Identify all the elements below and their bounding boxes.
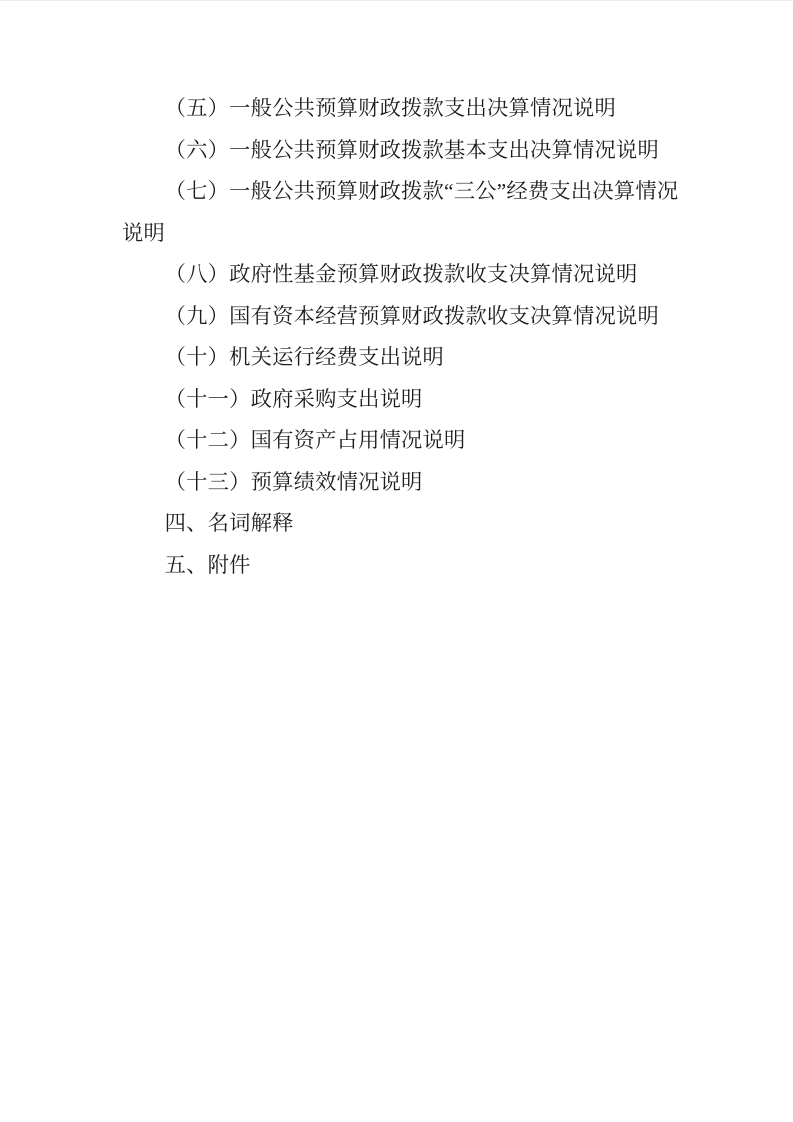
- toc-line: （十二）国有资产占用情况说明: [122, 420, 676, 462]
- toc-line: （六）一般公共预算财政拨款基本支出决算情况说明: [122, 130, 676, 172]
- toc-line: （八）政府性基金预算财政拨款收支决算情况说明: [122, 254, 676, 296]
- toc-line: （十）机关运行经费支出说明: [122, 337, 676, 379]
- toc-line: 四、名词解释: [122, 503, 676, 545]
- toc-line: （五）一般公共预算财政拨款支出决算情况说明: [122, 88, 676, 130]
- toc-line: （十一）政府采购支出说明: [122, 379, 676, 421]
- table-of-contents: （五）一般公共预算财政拨款支出决算情况说明（六）一般公共预算财政拨款基本支出决算…: [122, 88, 676, 586]
- toc-line: 说明: [122, 213, 676, 255]
- toc-line: （九）国有资本经营预算财政拨款收支决算情况说明: [122, 296, 676, 338]
- toc-line: （七）一般公共预算财政拨款“三公”经费支出决算情况: [122, 171, 676, 213]
- toc-line: （十三）预算绩效情况说明: [122, 462, 676, 504]
- toc-line: 五、附件: [122, 545, 676, 587]
- document-page: （五）一般公共预算财政拨款支出决算情况说明（六）一般公共预算财政拨款基本支出决算…: [0, 0, 793, 1122]
